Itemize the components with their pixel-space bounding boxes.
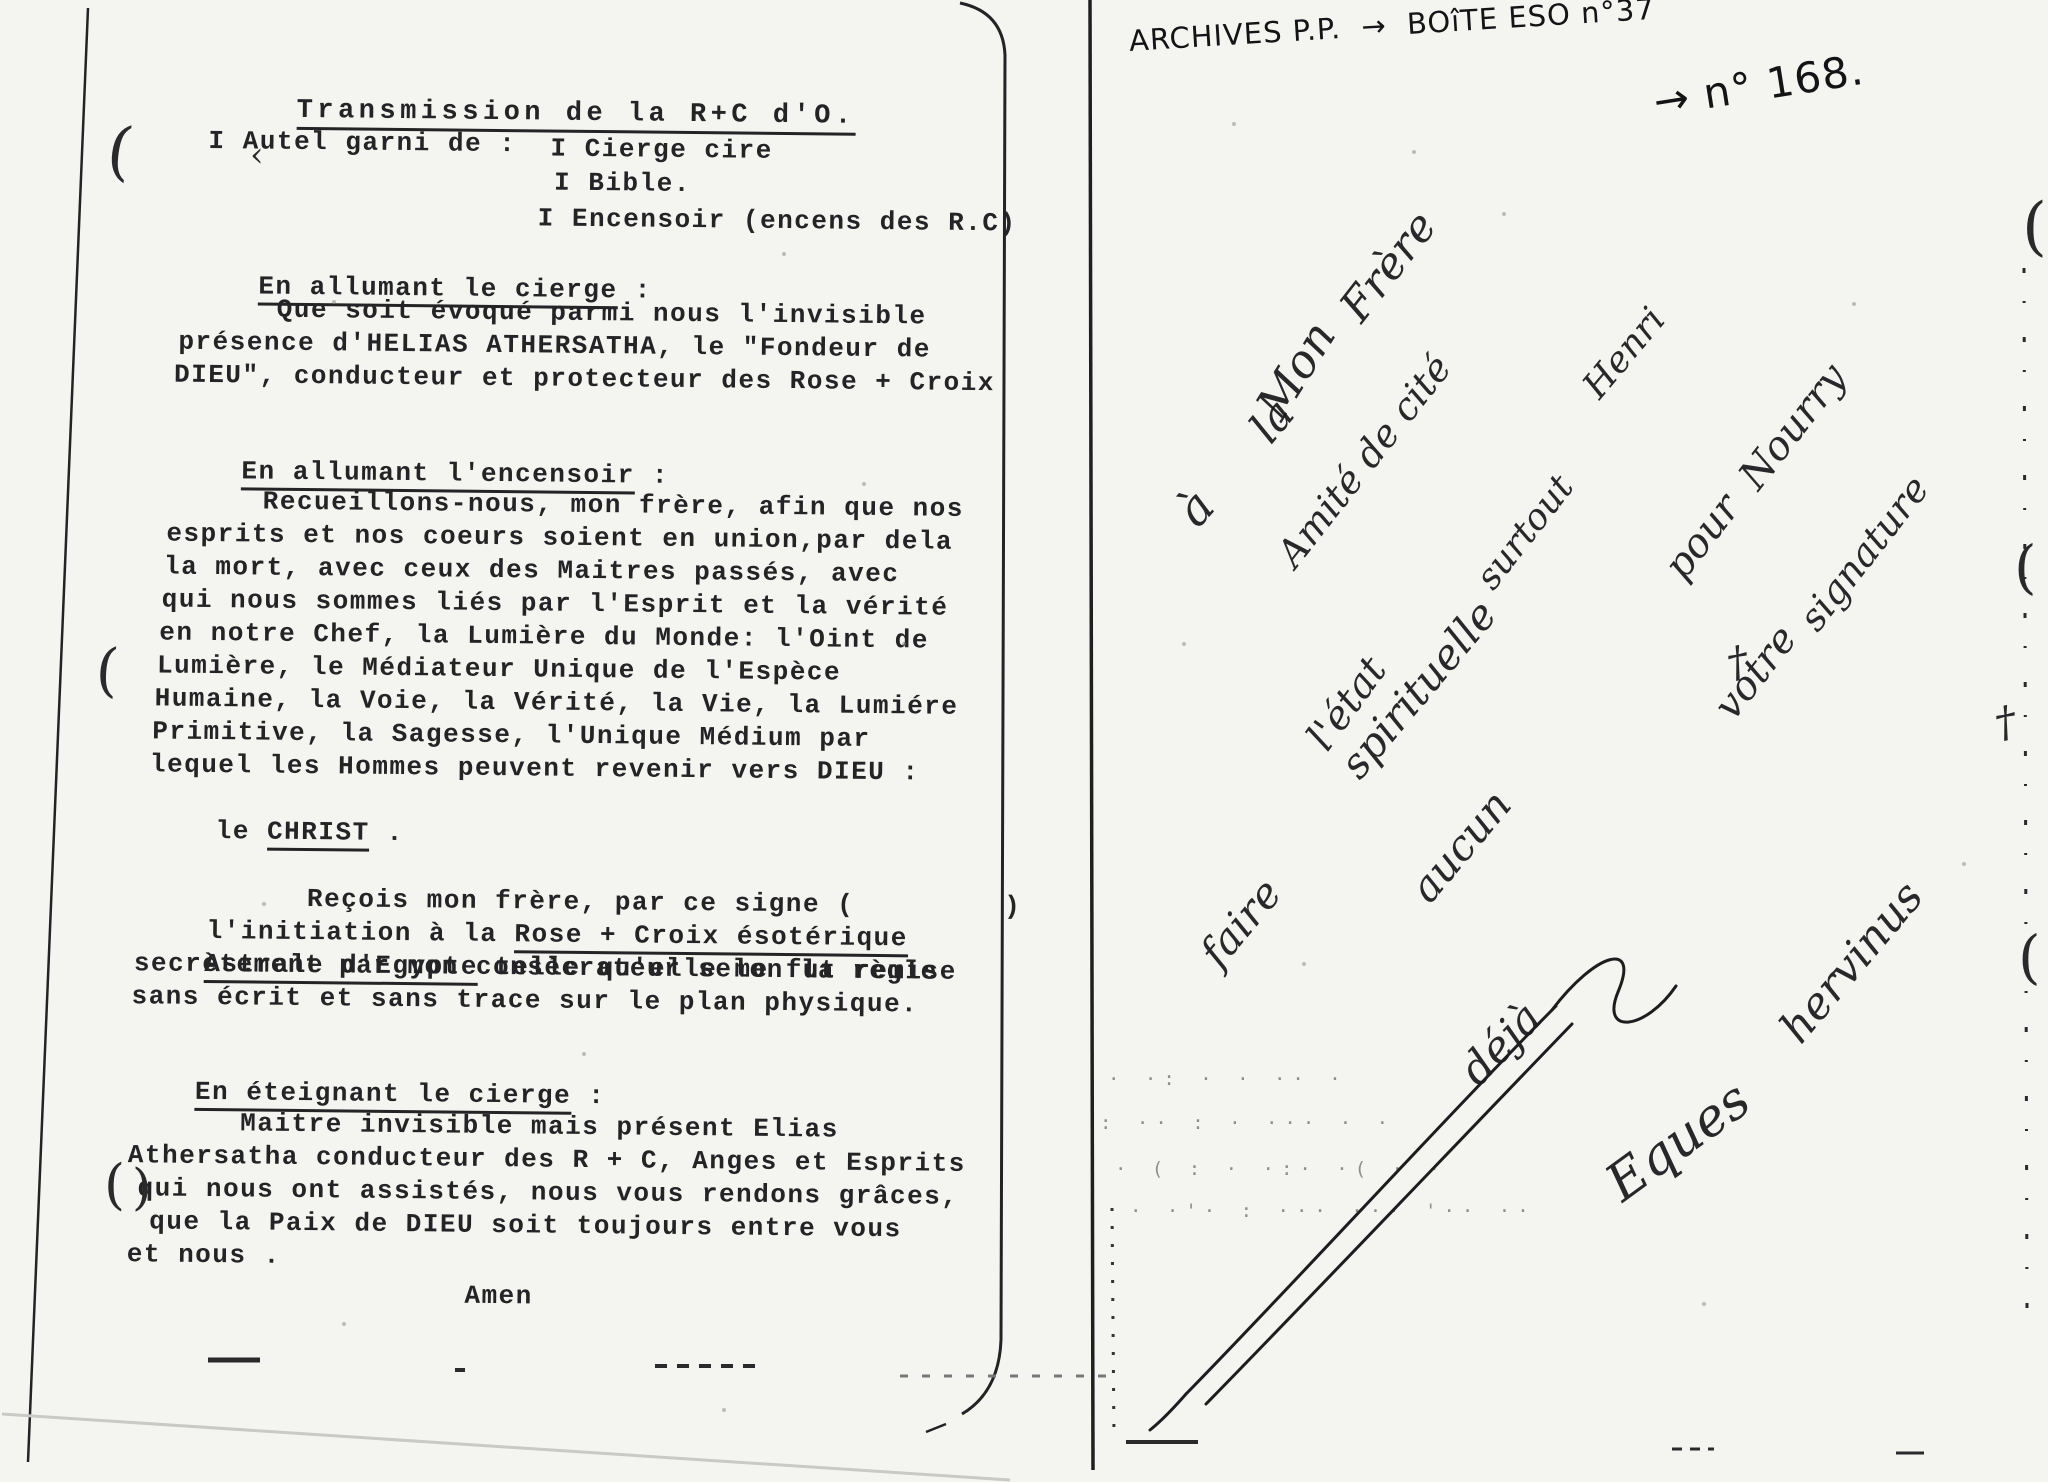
text-line: sans écrit et sans trace sur le plan phy…	[131, 980, 918, 1021]
handwriting-word: pour	[1655, 485, 1749, 588]
handwriting-word: aucun	[1400, 781, 1521, 912]
speckle-dot	[1852, 302, 1856, 306]
amen-line: Amen	[464, 1280, 533, 1314]
speckle-dot	[262, 902, 266, 906]
margin-paren-mark: (	[2022, 195, 2047, 259]
speckle-dot	[862, 482, 866, 486]
dotted-border-line	[1112, 1208, 1114, 1438]
speckle-dot	[342, 1322, 346, 1326]
handwriting-word: à	[1165, 479, 1226, 538]
right-edge-dashed-line	[2024, 268, 2027, 1308]
speckle-dot	[1412, 150, 1416, 154]
scanned-document: { "page": { "paper": "#f4f4f1", "ink": "…	[0, 0, 2048, 1482]
speckle-dot	[1502, 212, 1506, 216]
archive-reference-line: ARCHIVES P.P. → BOîTE ESO n°37	[1128, 0, 1656, 58]
handwriting-word: Eques	[1595, 1070, 1761, 1214]
faint-text-row: · ·: · · ·· ·	[1108, 1068, 1348, 1090]
margin-paren-mark: (	[104, 1158, 125, 1212]
archive-number-line: → n° 168.	[1650, 45, 1867, 127]
faint-text-row: : ·· : · ··· · ·	[1100, 1112, 1395, 1134]
handwriting-word: Nourry	[1730, 355, 1856, 498]
speckle-dot	[722, 1408, 726, 1412]
speckle-dot	[332, 300, 336, 304]
speckle-dot	[1302, 962, 1306, 966]
faint-text-row: · ( : · ·:· ·( · ·	[1115, 1158, 1447, 1180]
faint-text-row: · ·'· : ··· ··· '·· ··	[1130, 1200, 1536, 1222]
margin-paren-mark: (	[94, 640, 121, 699]
handwriting-word: faire	[1190, 869, 1291, 976]
speckle-dot	[1702, 1302, 1706, 1306]
handwriting-word: surtout	[1468, 467, 1582, 597]
margin-paren-mark: (	[2018, 928, 2041, 986]
speckle-dot	[1232, 122, 1236, 126]
left-page: Transmission de la R+C d'O. I Autel garn…	[0, 0, 1010, 1482]
altar-item: I Cierge cire	[550, 133, 773, 168]
right-page-left-border	[1090, 0, 1093, 1470]
speckle-dot	[1962, 862, 1966, 866]
margin-paren-mark: ‹	[250, 138, 264, 172]
handwriting-word: †	[1990, 696, 2021, 748]
text-line: et nous .	[127, 1238, 281, 1273]
handwriting-word: signature	[1790, 467, 1938, 639]
speckle-dot	[1182, 642, 1186, 646]
speckle-dot	[782, 252, 786, 256]
signature-flourish	[1150, 959, 1676, 1430]
altar-item: I Bible.	[554, 167, 691, 201]
handwriting-word: hervinus	[1770, 872, 1934, 1053]
margin-paren-mark: )	[132, 1162, 152, 1212]
speckle-dot	[582, 1052, 586, 1056]
handwriting-word: déjà	[1450, 992, 1552, 1095]
margin-paren-mark: (	[2014, 538, 2037, 596]
handwriting-word: votre	[1705, 617, 1806, 728]
altar-item: I Encensoir (encens des R.C)	[538, 202, 1017, 240]
christ-word: CHRIST	[267, 817, 370, 852]
speckle-dot	[902, 642, 906, 646]
handwriting-word: Henri	[1575, 300, 1674, 406]
handwriting-word: Frère	[1330, 202, 1447, 332]
